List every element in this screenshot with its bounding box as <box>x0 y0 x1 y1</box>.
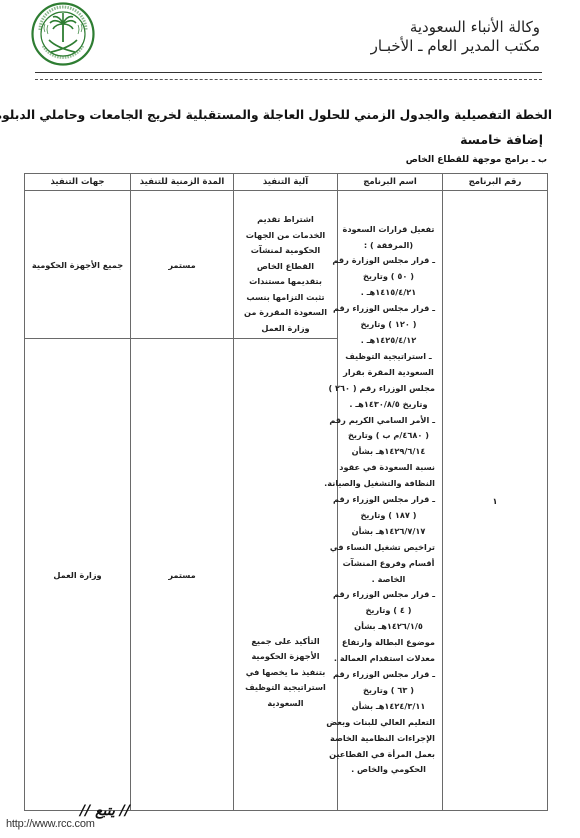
spa-logo <box>31 2 95 66</box>
program-name-line: أقسام وفروع المنشآت <box>342 556 435 572</box>
program-name-line: ـ قرار مجلس الوزراء رقم <box>342 587 435 603</box>
header-divider-solid <box>35 72 542 73</box>
program-name-line: ( ١٢٠ ) وتاريخ <box>342 317 435 333</box>
program-number: ١ <box>443 191 548 811</box>
section-label: ب ـ برامج موجهة للقطاع الخاص <box>406 155 547 165</box>
program-name-line: الحكومي والخاص . <box>342 762 435 778</box>
programs-table: رقم البرنامج اسم البرنامج آلية التنفيذ ا… <box>24 173 548 811</box>
duration-cell: مستمر <box>131 339 234 811</box>
program-name-line: ( ١٨٧ ) وتاريخ <box>342 508 435 524</box>
program-name-line: ( ٤٦٨٠/م ب ) وتاريخ <box>342 428 435 444</box>
saudi-press-agency-emblem-icon <box>31 2 95 66</box>
header-divider-dashed <box>35 79 542 80</box>
header-mechanism: آلية التنفيذ <box>234 174 338 191</box>
header-duration: المدة الزمنية للتنفيذ <box>131 174 234 191</box>
document-title: الخطة التفصيلية والجدول الزمني للحلول ال… <box>30 108 552 122</box>
program-name-line: ( ٦٣ ) وتاريخ <box>342 683 435 699</box>
program-name-line: موضوع البطالة وارتفاع <box>342 635 435 651</box>
header-program-name: اسم البرنامج <box>338 174 443 191</box>
program-name-line: ـ قرار مجلس الوزارة رقم <box>342 253 435 269</box>
program-name-line: ١٤٢٥/٤/١٢هـ . <box>342 333 435 349</box>
program-name-line: ـ استراتيجية التوظيف <box>342 349 435 365</box>
program-name-line: الإجراءات النظامية الخاصة <box>342 731 435 747</box>
office-name: مكتب المدير العام ـ الأخبـار <box>371 37 540 56</box>
agency-heading: وكالة الأنباء السعودية مكتب المدير العام… <box>371 18 540 56</box>
program-name: تفعيل قرارات السعودة (المرفقة ) : ـ قرار… <box>338 191 443 811</box>
program-name-line: السعودية المقرة بقرار <box>342 365 435 381</box>
program-name-line: ( ٤ ) وتاريخ <box>342 603 435 619</box>
program-name-line: نسبة السعودة في عقود <box>342 460 435 476</box>
program-name-line: معدلات استقدام العمالة . <box>342 651 435 667</box>
program-name-line: (المرفقة ) : <box>342 238 435 254</box>
program-name-line: وتاريخ ١٤٣٠/٨/٥هـ . <box>342 397 435 413</box>
program-name-line: ١٤٢٦/٧/١٧هـ بشأن <box>342 524 435 540</box>
header-program-number: رقم البرنامج <box>443 174 548 191</box>
entities-cell: وزارة العمل <box>25 339 131 811</box>
header-entities: جهات التنفيذ <box>25 174 131 191</box>
agency-name: وكالة الأنباء السعودية <box>371 18 540 37</box>
program-name-line: الخاصة . <box>342 572 435 588</box>
program-name-line: ١٤٢٦/١/٥هـ بشأن <box>342 619 435 635</box>
table-header-row: رقم البرنامج اسم البرنامج آلية التنفيذ ا… <box>25 174 548 191</box>
mechanism-cell: اشتراط تقديم الخدمات من الجهات الحكومية … <box>234 191 338 339</box>
program-name-line: ١٤٢٩/٦/١٤هـ بشأن <box>342 444 435 460</box>
program-name-line: النظافة والتشغيل والصيانة. <box>342 476 435 492</box>
program-name-line: ١٤٢٤/٣/١١هـ بشأن <box>342 699 435 715</box>
program-name-line: مجلس الوزراء رقم ( ٢٦٠ ) <box>342 381 435 397</box>
program-name-line: تفعيل قرارات السعودة <box>342 222 435 238</box>
duration-cell: مستمر <box>131 191 234 339</box>
program-name-line: ـ قرار مجلس الوزراء رقم <box>342 301 435 317</box>
program-name-line: ( ٥٠ ) وتاريخ <box>342 269 435 285</box>
program-name-line: ـ الأمر السامي الكريم رقم <box>342 413 435 429</box>
continued-label: // يتبع // <box>80 803 130 819</box>
watermark-url: http://www.rcc.com <box>6 818 95 830</box>
program-name-line: تراخيص تشغيل النساء في <box>342 540 435 556</box>
program-name-line: ـ قرار مجلس الوزراء رقم <box>342 492 435 508</box>
program-name-line: التعليم العالي للبنات وبعض <box>342 715 435 731</box>
table-row: ١ تفعيل قرارات السعودة (المرفقة ) : ـ قر… <box>25 191 548 339</box>
program-name-line: ١٤١٥/٤/٢١هـ . <box>342 285 435 301</box>
program-name-line: ـ قرار مجلس الوزراء رقم <box>342 667 435 683</box>
program-name-line: بعمل المرأة في القطاعين <box>342 747 435 763</box>
addition-label: إضافة خامسة <box>460 132 543 147</box>
entities-cell: جميع الأجهزة الحكومية <box>25 191 131 339</box>
mechanism-cell: التأكيد على جميع الأجهزة الحكومية بتنفيذ… <box>234 339 338 811</box>
